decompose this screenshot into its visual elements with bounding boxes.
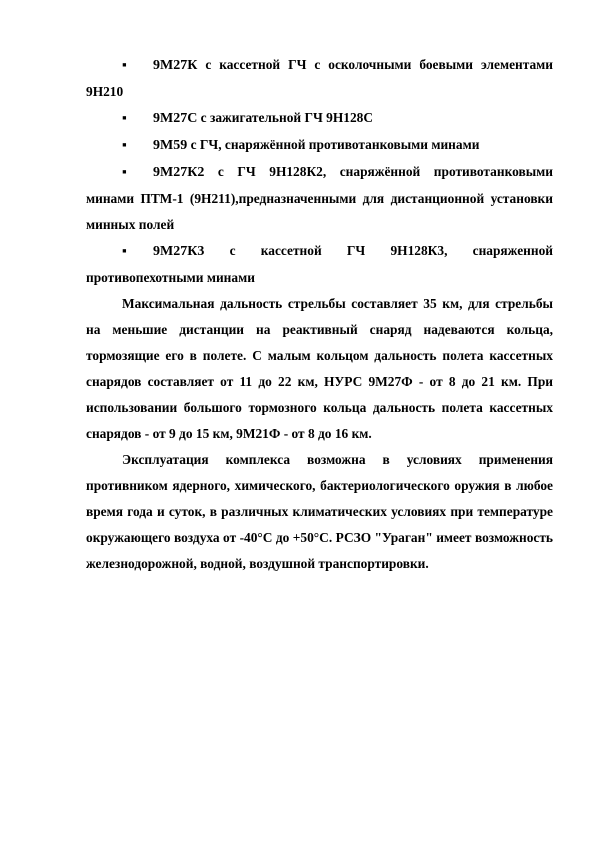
bullet-label: 9М27К3 [153,244,204,259]
bullet-label: 9М27К2 [153,165,204,180]
bullet-label: 9М59 [153,138,187,153]
bullet-item-9m27k: ▪9М27К с кассетной ГЧ с осколочными боев… [86,52,553,105]
bullet-label: 9М27С [153,111,197,126]
bullet-square-icon: ▪ [122,52,127,78]
bullet-square-icon: ▪ [122,132,127,158]
bullet-square-icon: ▪ [122,105,127,131]
bullet-square-icon: ▪ [122,159,127,185]
bullet-item-9m27k2: ▪9М27К2 с ГЧ 9Н128К2, снаряжённой против… [86,159,553,238]
bullet-item-9m27k3: ▪9М27К3 с кассетной ГЧ 9Н128К3, снаряжен… [86,238,553,291]
paragraph-operation: Эксплуатация комплекса возможна в услови… [86,447,553,577]
bullet-item-9m59: ▪9М59 с ГЧ, снаряжённой противотанковыми… [86,132,553,159]
document-page: ▪9М27К с кассетной ГЧ с осколочными боев… [86,52,553,577]
bullet-text: с зажигательной ГЧ 9Н128С [197,110,373,125]
bullet-square-icon: ▪ [122,238,127,264]
bullet-text: с ГЧ, снаряжённой противотанковыми минам… [187,137,479,152]
paragraph-range: Максимальная дальность стрельбы составля… [86,291,553,447]
bullet-label: 9М27К [153,58,197,73]
bullet-item-9m27s: ▪9М27С с зажигательной ГЧ 9Н128С [86,105,553,132]
